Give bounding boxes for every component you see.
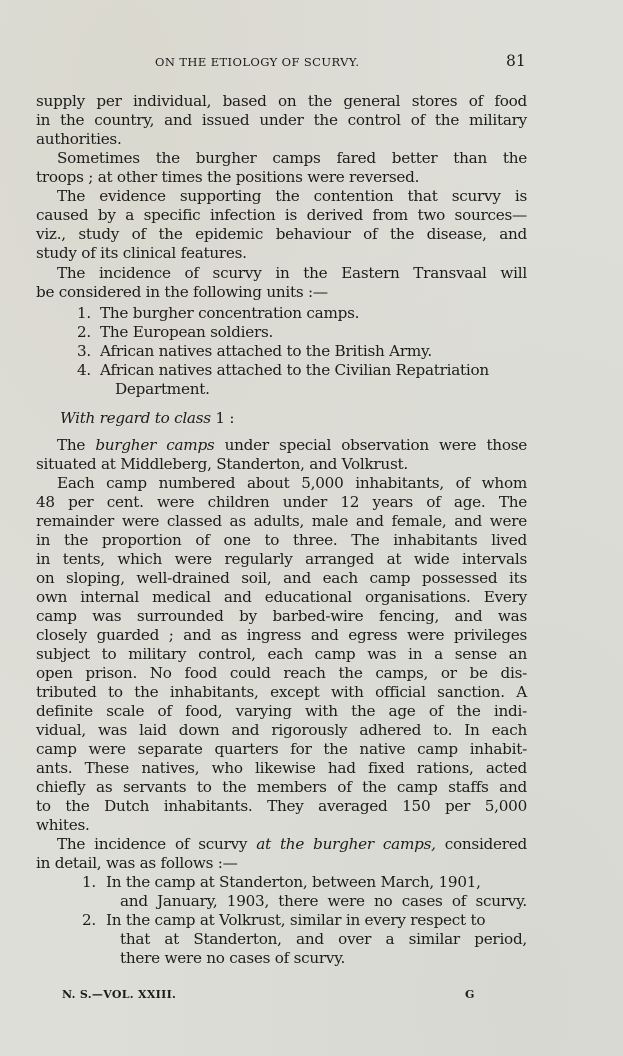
text-line: troops ; at other times the positions we… <box>36 168 527 187</box>
text-line: The burgher camps under special observat… <box>57 436 527 455</box>
text-line: Sometimes the burgher camps fared better… <box>57 149 527 168</box>
text-line: Each camp numbered about 5,000 inhabitan… <box>57 474 527 493</box>
text-line: ants. These natives, who likewise had fi… <box>36 759 527 778</box>
list-number: 1. <box>82 873 106 892</box>
text-line: in the country, and issued under the con… <box>36 111 527 130</box>
list-item: 1.The burgher concentration camps. <box>77 304 527 323</box>
list-number: 2. <box>82 911 106 930</box>
text-line: in tents, which were regularly arranged … <box>36 550 527 569</box>
list-number: 3. <box>77 342 100 361</box>
text-line: on sloping, well-drained soil, and each … <box>36 569 527 588</box>
text-line: to the Dutch inhabitants. They averaged … <box>36 797 527 816</box>
list-number: 2. <box>77 323 100 342</box>
list-item: 4.African natives attached to the Civili… <box>77 361 527 380</box>
text-line: vidual, was laid down and rigorously adh… <box>36 721 527 740</box>
text-line: open prison. No food could reach the cam… <box>36 664 527 683</box>
text-line: The incidence of scurvy in the Eastern T… <box>57 264 527 283</box>
text-line: remainder were classed as adults, male a… <box>36 512 527 531</box>
signature-line: N. S.—VOL. XXIII. <box>62 988 176 1001</box>
text-line: authorities. <box>36 130 527 149</box>
list-number: 1. <box>77 304 100 323</box>
text-line: viz., study of the epidemic behaviour of… <box>36 225 527 244</box>
list-item-continuation: and January, 1903, there were no cases o… <box>120 892 527 911</box>
text-line: be considered in the following units :— <box>36 283 527 302</box>
text-line: The incidence of scurvy at the burgher c… <box>57 835 527 854</box>
list-item: 1.In the camp at Standerton, between Mar… <box>82 873 527 892</box>
list-item-continuation: Department. <box>115 380 527 399</box>
text-line: camp were separate quarters for the nati… <box>36 740 527 759</box>
text-line: caused by a specific infection is derive… <box>36 206 527 225</box>
text-line: chiefly as servants to the members of th… <box>36 778 527 797</box>
text-line: study of its clinical features. <box>36 244 527 263</box>
text-line: closely guarded ; and as ingress and egr… <box>36 626 527 645</box>
text-line: tributed to the inhabitants, except with… <box>36 683 527 702</box>
list-number: 4. <box>77 361 100 380</box>
text-line: whites. <box>36 816 527 835</box>
text-line: in detail, was as follows :— <box>36 854 527 873</box>
document-page: ON THE ETIOLOGY OF SCURVY. 81 supply per… <box>0 0 623 1056</box>
text-line: camp was surrounded by barbed-wire fenci… <box>36 607 527 626</box>
list-item-continuation: there were no cases of scurvy. <box>120 949 527 968</box>
running-header: ON THE ETIOLOGY OF SCURVY. <box>155 55 407 69</box>
text-line: own internal medical and educational org… <box>36 588 527 607</box>
list-item-continuation: that at Standerton, and over a similar p… <box>120 930 527 949</box>
text-line: in the proportion of one to three. The i… <box>36 531 527 550</box>
list-item: 3.African natives attached to the Britis… <box>77 342 527 361</box>
text-line: supply per individual, based on the gene… <box>36 92 527 111</box>
text-line: The evidence supporting the contention t… <box>57 187 527 206</box>
list-item: 2.In the camp at Volkrust, similar in ev… <box>82 911 527 930</box>
section-heading: With regard to class 1 : <box>60 409 551 428</box>
list-item: 2.The European soldiers. <box>77 323 527 342</box>
signature-mark: G <box>465 988 474 1001</box>
text-line: 48 per cent. were children under 12 year… <box>36 493 527 512</box>
text-line: subject to military control, each camp w… <box>36 645 527 664</box>
text-line: situated at Middleberg, Standerton, and … <box>36 455 527 474</box>
text-line: definite scale of food, varying with the… <box>36 702 527 721</box>
page-number: 81 <box>506 52 526 70</box>
